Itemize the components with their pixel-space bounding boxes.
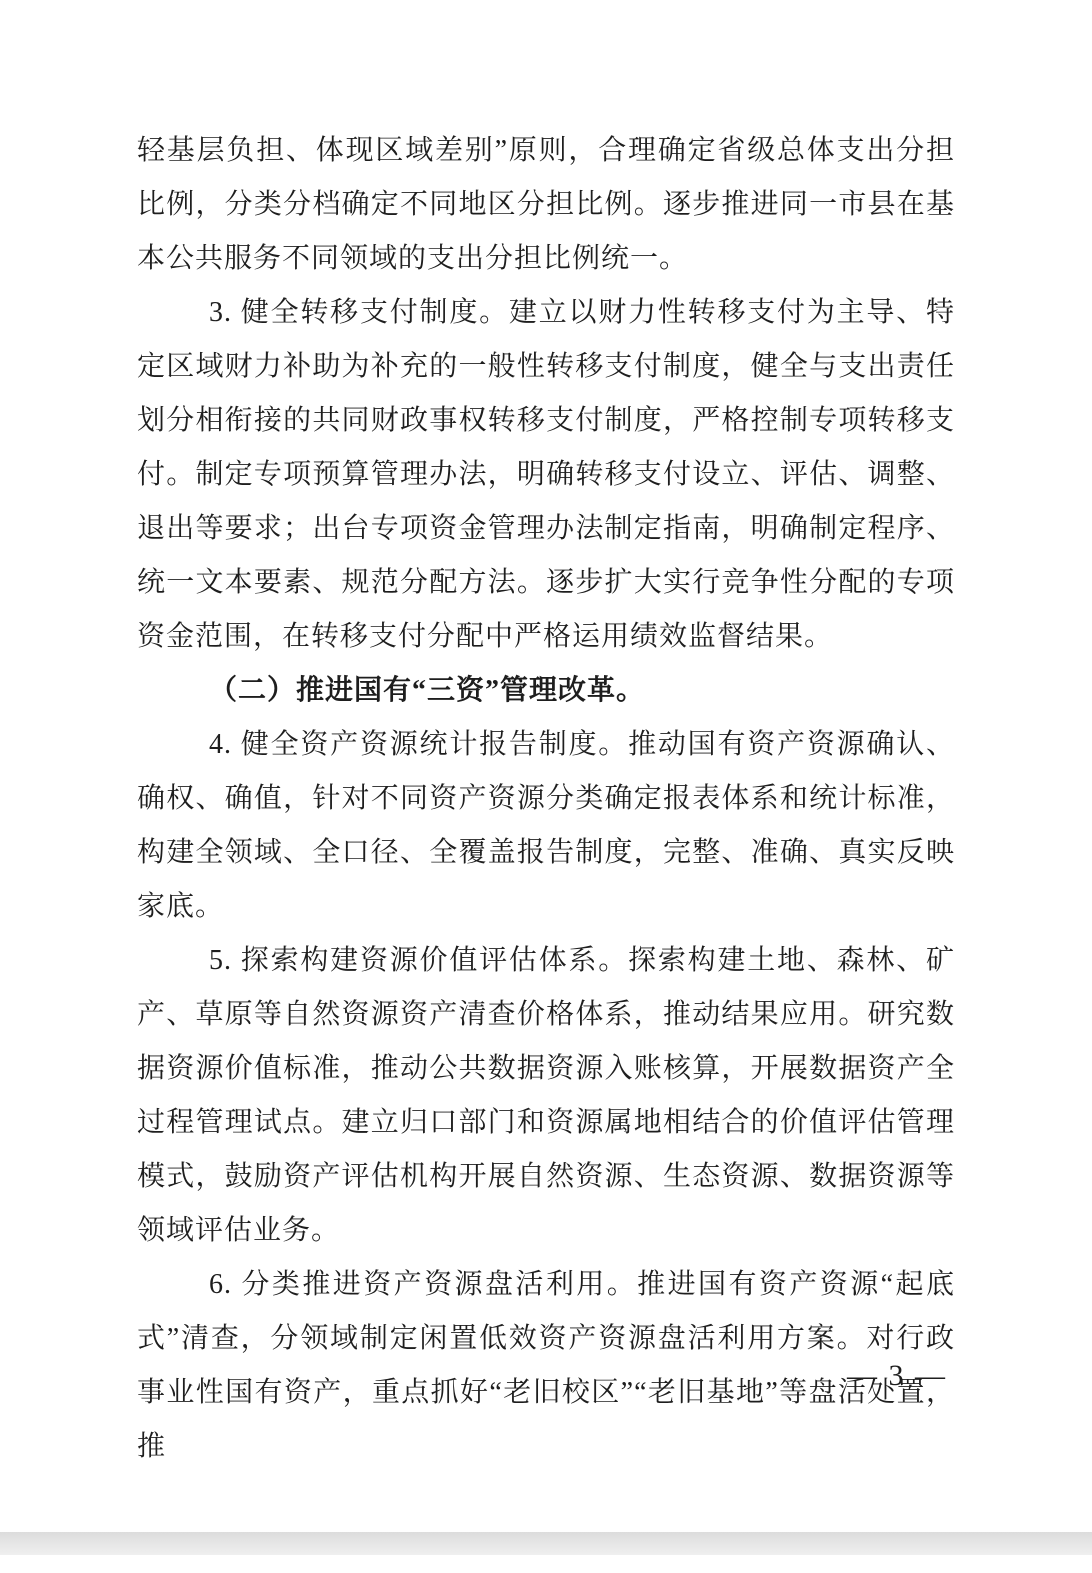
document-page: 轻基层负担、体现区域差别”原则，合理确定省级总体支出分担比例，分类分档确定不同地… [0,0,1092,1573]
paragraph-item-5: 5. 探索构建资源价值评估体系。探索构建土地、森林、矿产、草原等自然资源资产清查… [137,934,955,1258]
section-heading: （二）推进国有“三资”管理改革。 [137,664,955,718]
paragraph-item-3: 3. 健全转移支付制度。建立以财力性转移支付为主导、特定区域财力补助为补充的一般… [137,286,955,664]
page-number: — 3 — [847,1358,947,1394]
paragraph-continuation: 轻基层负担、体现区域差别”原则，合理确定省级总体支出分担比例，分类分档确定不同地… [137,124,955,286]
paragraph-item-4: 4. 健全资产资源统计报告制度。推动国有资产资源确认、确权、确值，针对不同资产资… [137,718,955,934]
document-body: 轻基层负担、体现区域差别”原则，合理确定省级总体支出分担比例，分类分档确定不同地… [137,124,955,1474]
paragraph-item-6: 6. 分类推进资产资源盘活利用。推进国有资产资源“起底式”清查，分领域制定闲置低… [137,1258,955,1474]
page-separator [0,1532,1092,1555]
